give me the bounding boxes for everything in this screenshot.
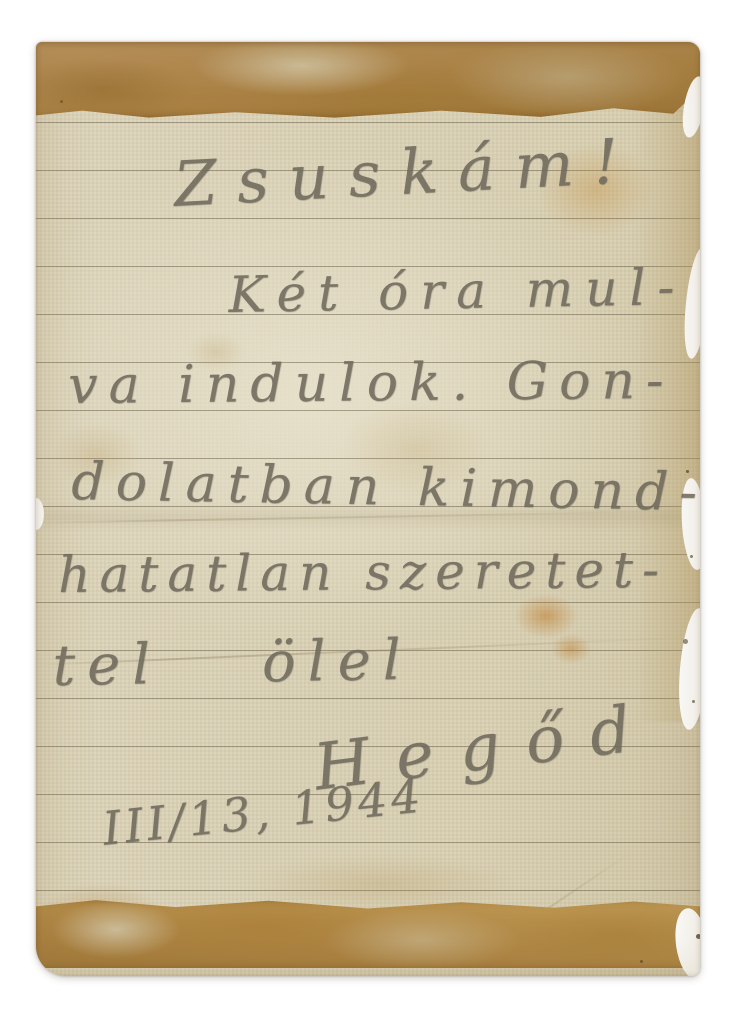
handwriting-line: va indulok. Gon- (68, 351, 675, 416)
note-paper: Zsuskám! Két óra mul- va indulok. Gon- d… (36, 42, 700, 976)
handwriting-line: tel ölel (52, 628, 413, 699)
handwriting-line: Két óra mul- (228, 258, 687, 324)
handwriting-line: hatatlan szeretet- (58, 541, 668, 604)
tape-strip-top (36, 42, 700, 120)
tape-strip-bottom (36, 898, 700, 968)
handwriting-line: dolatban kimond- (71, 452, 700, 523)
note-photo: Zsuskám! Két óra mul- va indulok. Gon- d… (0, 0, 740, 1036)
